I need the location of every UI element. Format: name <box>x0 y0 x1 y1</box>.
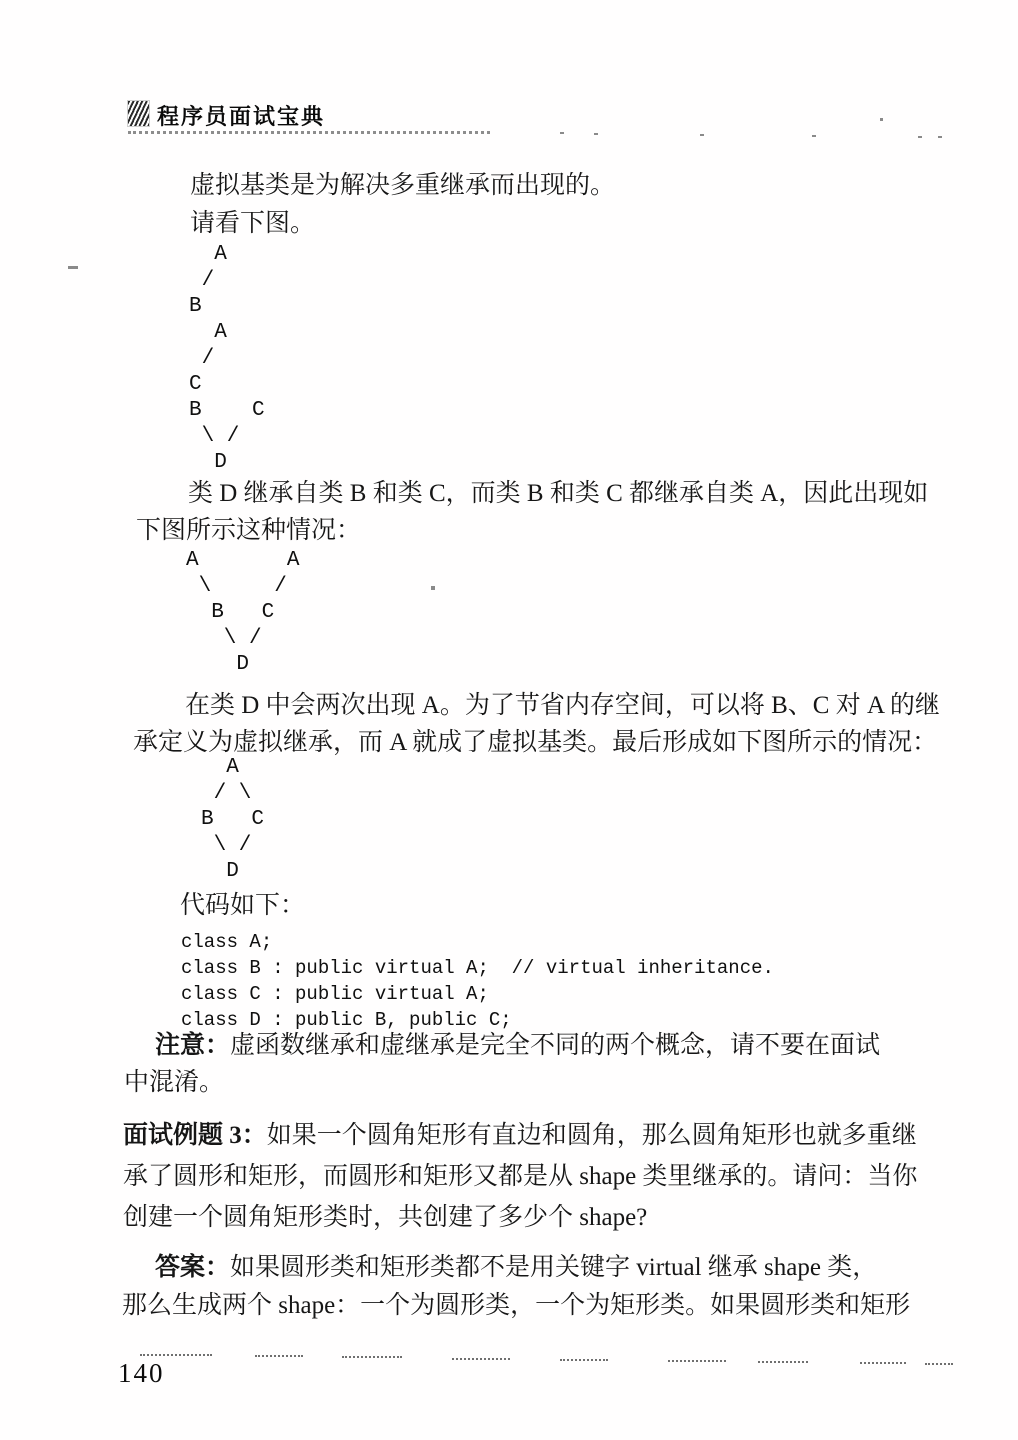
scan-artifact <box>68 266 78 269</box>
footer-divider-dotted <box>668 1360 726 1362</box>
scan-artifact <box>560 132 564 134</box>
text-line: 请看下图。 <box>138 205 315 242</box>
question-text: 如果一个圆角矩形有直边和圆角，那么圆角矩形也就多重继 <box>267 1122 917 1149</box>
text-line: 代码如下： <box>180 887 305 924</box>
scan-artifact <box>880 118 883 121</box>
scan-artifact <box>812 135 816 137</box>
text-line: 承了圆形和矩形，而圆形和矩形又都是从 shape 类里继承的。请问：当你 <box>123 1156 917 1197</box>
page-number: 140 <box>118 1358 165 1389</box>
text-line: 下图所示这种情况： <box>136 512 928 549</box>
text-line: 答案：如果圆形类和矩形类都不是用关键字 virtual 继承 shape 类， <box>122 1249 910 1287</box>
header-divider-dotted <box>128 131 490 134</box>
class-diagram-multiple-inheritance: A / B A / C B C \ / D <box>189 242 265 476</box>
footer-divider-dotted <box>140 1354 212 1356</box>
paragraph-interview-question-3: 面试例题 3：如果一个圆角矩形有直边和圆角，那么圆角矩形也就多重继 承了圆形和矩… <box>123 1115 917 1238</box>
footer-divider-dotted <box>342 1356 402 1358</box>
scan-artifact <box>700 134 704 136</box>
text-line: 虚拟基类是为解决多重继承而出现的。 <box>138 167 615 204</box>
answer-text: 如果圆形类和矩形类都不是用关键字 virtual 继承 shape 类， <box>230 1254 877 1281</box>
book-page: 程序员面试宝典 虚拟基类是为解决多重继承而出现的。 请看下图。 A / B A … <box>0 0 1018 1440</box>
class-diagram-duplicate-a: A A \ / B C \ / D <box>186 548 299 678</box>
note-label: 注意： <box>155 1032 230 1059</box>
footer-divider-dotted <box>452 1358 510 1360</box>
note-text: 虚函数继承和虚继承是完全不同的两个概念，请不要在面试 <box>230 1032 880 1059</box>
paragraph-see-figure: 请看下图。 <box>138 205 315 242</box>
paragraph-answer: 答案：如果圆形类和矩形类都不是用关键字 virtual 继承 shape 类， … <box>122 1249 910 1325</box>
scan-artifact <box>938 136 942 138</box>
class-diagram-diamond: A / \ B C \ / D <box>201 755 264 885</box>
text-line: 那么生成两个 shape：一个为圆形类，一个为矩形类。如果圆形类和矩形 <box>122 1287 910 1325</box>
footer-divider-dotted <box>925 1363 953 1365</box>
scan-artifact <box>594 133 598 135</box>
scan-artifact <box>431 586 435 590</box>
footer-divider-dotted <box>758 1361 808 1363</box>
code-block-virtual-inheritance: class A; class B : public virtual A; // … <box>181 929 774 1033</box>
paragraph-code-intro: 代码如下： <box>180 887 305 924</box>
footer-divider-dotted <box>255 1355 303 1357</box>
text-line: 创建一个圆角矩形类时，共创建了多少个 shape? <box>123 1197 917 1238</box>
paragraph-intro: 虚拟基类是为解决多重继承而出现的。 <box>138 167 615 204</box>
paragraph-inheritance-explain: 类 D 继承自类 B 和类 C，而类 B 和类 C 都继承自类 A，因此出现如 … <box>136 475 928 549</box>
paragraph-virtual-base-explain: 在类 D 中会两次出现 A。为了节省内存空间，可以将 B、C 对 A 的继 承定… <box>133 687 940 761</box>
footer-divider-dotted <box>860 1362 906 1364</box>
paragraph-note: 注意：虚函数继承和虚继承是完全不同的两个概念，请不要在面试 中混淆。 <box>124 1027 880 1101</box>
answer-label: 答案： <box>155 1254 230 1281</box>
text-line: 类 D 继承自类 B 和类 C，而类 B 和类 C 都继承自类 A，因此出现如 <box>136 475 928 512</box>
text-line: 在类 D 中会两次出现 A。为了节省内存空间，可以将 B、C 对 A 的继 <box>133 687 940 724</box>
text-line: 面试例题 3：如果一个圆角矩形有直边和圆角，那么圆角矩形也就多重继 <box>123 1115 917 1156</box>
publisher-logo-icon <box>128 101 149 126</box>
publisher-logo-icon <box>128 101 149 126</box>
running-header-title: 程序员面试宝典 <box>157 100 325 131</box>
text-line: 注意：虚函数继承和虚继承是完全不同的两个概念，请不要在面试 <box>124 1027 880 1064</box>
scan-artifact <box>918 136 922 138</box>
text-line: 中混淆。 <box>124 1064 880 1101</box>
question-label: 面试例题 3： <box>123 1122 267 1149</box>
footer-divider-dotted <box>560 1359 608 1361</box>
